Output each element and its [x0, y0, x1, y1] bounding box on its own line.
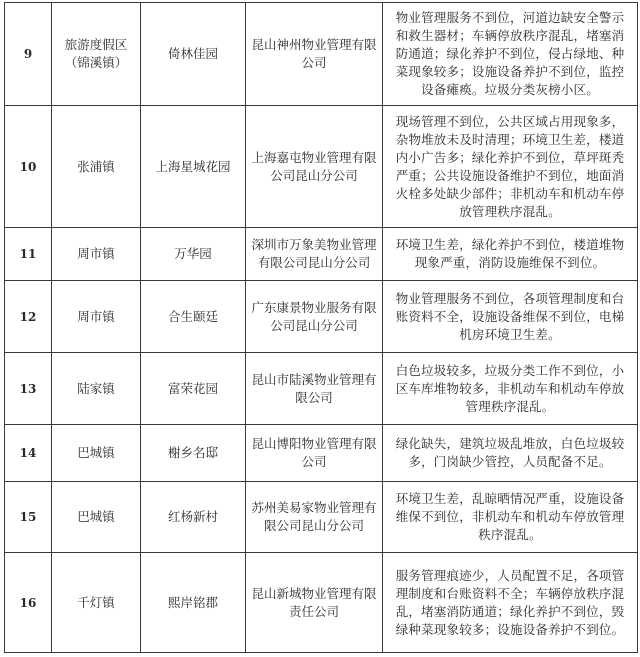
town-line: 张浦镇: [56, 158, 136, 176]
town-line: 巴城镇: [56, 508, 136, 526]
row-number: 15: [5, 482, 52, 553]
issues-line: 现象严重，消防设施维保不到位。: [388, 254, 632, 272]
company-line: 深圳市万象美物业管理: [250, 236, 378, 254]
issues-line: 服务管理痕迹少，人员配置不足，各项管: [388, 567, 632, 585]
issues-line: 秩序混乱。: [388, 526, 632, 544]
issues-line: 机房环境卫生差。: [388, 326, 632, 344]
issues-line: 杂物堆放未及时清理；环境卫生差，楼道: [388, 131, 632, 149]
issues-line: 内小广告多；绿化养护不到位，草坪斑秃: [388, 149, 632, 167]
issues-line: 放管理秩序混乱。: [388, 203, 632, 221]
community-cell: 万华园: [141, 228, 246, 281]
table-row: 14 巴城镇 榭乡名邸 昆山博阳物业管理有限 公司 绿化缺失，建筑垃圾乱堆放，白…: [5, 425, 638, 482]
company-cell: 广东康景物业服务有限 公司昆山分公司: [246, 281, 383, 353]
town-cell: 周市镇: [52, 228, 141, 281]
company-line: 昆山市陆溪物业管理有: [250, 371, 378, 389]
company-cell: 深圳市万象美物业管理 有限公司昆山分公司: [246, 228, 383, 281]
row-number: 12: [5, 281, 52, 353]
company-line: 公司: [250, 453, 378, 471]
town-cell: 巴城镇: [52, 482, 141, 553]
row-number: 10: [5, 106, 52, 228]
community-cell: 榭乡名邸: [141, 425, 246, 482]
table-row: 12 周市镇 合生颐廷 广东康景物业服务有限 公司昆山分公司 物业管理服务不到位…: [5, 281, 638, 353]
issues-cell: 环境卫生差，绿化养护不到位，楼道堆物 现象严重，消防设施维保不到位。: [383, 228, 638, 281]
community-cell: 红杨新村: [141, 482, 246, 553]
company-line: 昆山新城物业管理有限: [250, 585, 378, 603]
company-line: 限公司: [250, 389, 378, 407]
row-number: 16: [5, 553, 52, 653]
company-line: 有限公司昆山分公司: [250, 254, 378, 272]
town-line: 陆家镇: [56, 380, 136, 398]
issues-line: 理制度和台账资料不全；车辆停放秩序混: [388, 585, 632, 603]
community-cell: 合生颐廷: [141, 281, 246, 353]
company-line: 限公司昆山分公司: [250, 517, 378, 535]
issues-line: 环境卫生差，乱晾晒情况严重，设施设备: [388, 490, 632, 508]
company-cell: 昆山神州物业管理有限 公司: [246, 3, 383, 106]
issues-cell: 绿化缺失，建筑垃圾乱堆放，白色垃圾较 多，门岗缺少管控，人员配备不足。: [383, 425, 638, 482]
company-cell: 昆山市陆溪物业管理有 限公司: [246, 353, 383, 425]
issues-line: 物业管理服务不到位，各项管理制度和台: [388, 290, 632, 308]
issues-cell: 现场管理不到位，公共区域占用现象多， 杂物堆放未及时清理；环境卫生差，楼道 内小…: [383, 106, 638, 228]
company-line: 责任公司: [250, 603, 378, 621]
issues-line: 绿化缺失，建筑垃圾乱堆放，白色垃圾较: [388, 435, 632, 453]
issues-line: 设备瘫痪。垃圾分类灰榜小区。: [388, 81, 632, 99]
issues-line: 现场管理不到位，公共区域占用现象多，: [388, 113, 632, 131]
issues-cell: 服务管理痕迹少，人员配置不足，各项管 理制度和台账资料不全；车辆停放秩序混 乱，…: [383, 553, 638, 653]
town-cell: 旅游度假区 （锦溪镇）: [52, 3, 141, 106]
town-cell: 陆家镇: [52, 353, 141, 425]
table-row: 13 陆家镇 富荣花园 昆山市陆溪物业管理有 限公司 白色垃圾较多，垃圾分类工作…: [5, 353, 638, 425]
table-row: 10 张浦镇 上海星城花园 上海嘉屯物业管理有限 公司昆山分公司 现场管理不到位…: [5, 106, 638, 228]
town-cell: 千灯镇: [52, 553, 141, 653]
company-line: 广东康景物业服务有限: [250, 299, 378, 317]
town-cell: 张浦镇: [52, 106, 141, 228]
company-line: 上海嘉屯物业管理有限: [250, 149, 378, 167]
company-cell: 昆山新城物业管理有限 责任公司: [246, 553, 383, 653]
town-line: 周市镇: [56, 245, 136, 263]
issues-cell: 物业管理服务不到位，各项管理制度和台 账资料不全，设施设备维保不到位，电梯 机房…: [383, 281, 638, 353]
company-cell: 上海嘉屯物业管理有限 公司昆山分公司: [246, 106, 383, 228]
town-line: 巴城镇: [56, 444, 136, 462]
issues-line: 和救生器材；车辆停放秩序混乱，堵塞消: [388, 27, 632, 45]
issues-line: 物业管理服务不到位，河道边缺安全警示: [388, 9, 632, 27]
town-line: 周市镇: [56, 308, 136, 326]
town-line: （锦溪镇）: [56, 54, 136, 72]
property-issues-table: 9 旅游度假区 （锦溪镇） 倚林佳园 昆山神州物业管理有限 公司 物业管理服务不…: [4, 2, 638, 653]
company-cell: 昆山博阳物业管理有限 公司: [246, 425, 383, 482]
table-row: 11 周市镇 万华园 深圳市万象美物业管理 有限公司昆山分公司 环境卫生差，绿化…: [5, 228, 638, 281]
issues-line: 防通道；绿化养护不到位，侵占绿地、种: [388, 45, 632, 63]
town-cell: 周市镇: [52, 281, 141, 353]
company-line: 昆山神州物业管理有限: [250, 36, 378, 54]
town-line: 旅游度假区: [56, 36, 136, 54]
table-row: 15 巴城镇 红杨新村 苏州美易家物业管理有 限公司昆山分公司 环境卫生差，乱晾…: [5, 482, 638, 553]
issues-line: 白色垃圾较多，垃圾分类工作不到位，小: [388, 362, 632, 380]
community-cell: 上海星城花园: [141, 106, 246, 228]
issues-line: 火栓多处缺少部件；非机动车和机动车停: [388, 185, 632, 203]
community-cell: 倚林佳园: [141, 3, 246, 106]
issues-line: 绿种菜现象较多；设施设备养护不到位。: [388, 621, 632, 639]
row-number: 9: [5, 3, 52, 106]
table-row: 9 旅游度假区 （锦溪镇） 倚林佳园 昆山神州物业管理有限 公司 物业管理服务不…: [5, 3, 638, 106]
town-cell: 巴城镇: [52, 425, 141, 482]
issues-line: 区车库堆物较多，非机动车和机动车停放: [388, 380, 632, 398]
issues-line: 维保不到位，非机动车和机动车停放管理: [388, 508, 632, 526]
company-line: 公司昆山分公司: [250, 167, 378, 185]
row-number: 13: [5, 353, 52, 425]
issues-line: 环境卫生差，绿化养护不到位，楼道堆物: [388, 236, 632, 254]
issues-line: 严重；公共设施设备维护不到位，地面消: [388, 167, 632, 185]
town-line: 千灯镇: [56, 594, 136, 612]
company-line: 公司: [250, 54, 378, 72]
company-line: 昆山博阳物业管理有限: [250, 435, 378, 453]
row-number: 11: [5, 228, 52, 281]
table-row: 16 千灯镇 熙岸铭郡 昆山新城物业管理有限 责任公司 服务管理痕迹少，人员配置…: [5, 553, 638, 653]
issues-line: 乱，堵塞消防通道；绿化养护不到位，毁: [388, 603, 632, 621]
issues-line: 多，门岗缺少管控，人员配备不足。: [388, 453, 632, 471]
issues-cell: 白色垃圾较多，垃圾分类工作不到位，小 区车库堆物较多，非机动车和机动车停放 管理…: [383, 353, 638, 425]
company-line: 苏州美易家物业管理有: [250, 499, 378, 517]
issues-cell: 环境卫生差，乱晾晒情况严重，设施设备 维保不到位，非机动车和机动车停放管理 秩序…: [383, 482, 638, 553]
company-cell: 苏州美易家物业管理有 限公司昆山分公司: [246, 482, 383, 553]
issues-line: 菜现象较多；设施设备养护不到位，监控: [388, 63, 632, 81]
community-cell: 熙岸铭郡: [141, 553, 246, 653]
company-line: 公司昆山分公司: [250, 317, 378, 335]
issues-line: 管理秩序混乱。: [388, 398, 632, 416]
row-number: 14: [5, 425, 52, 482]
issues-line: 账资料不全，设施设备维保不到位，电梯: [388, 308, 632, 326]
issues-cell: 物业管理服务不到位，河道边缺安全警示 和救生器材；车辆停放秩序混乱，堵塞消 防通…: [383, 3, 638, 106]
community-cell: 富荣花园: [141, 353, 246, 425]
